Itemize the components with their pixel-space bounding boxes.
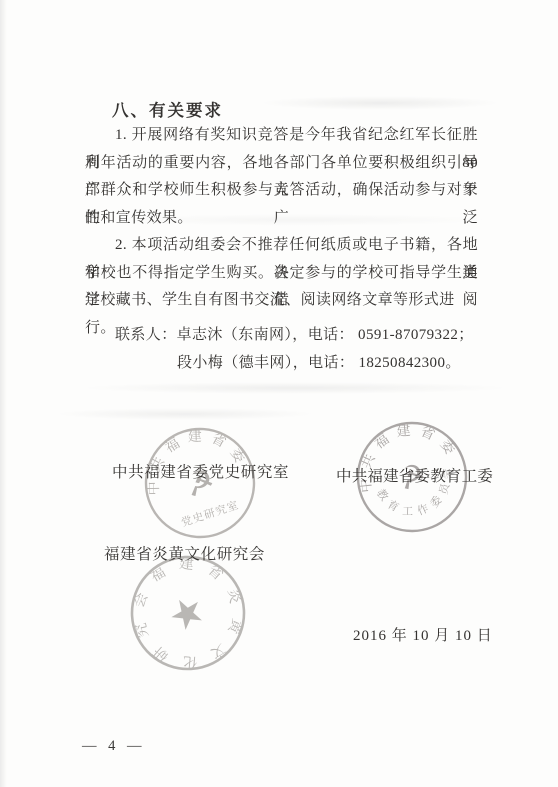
paragraph-line: 学校藏书、学生自有图书交流、阅读网络文章等形式进行。 — [85, 287, 478, 315]
signatory-party-history-office: 中共福建省委党史研究室 — [112, 460, 289, 482]
star-icon: ★ — [159, 585, 216, 643]
signatory-yanhuang-culture-society: 福建省炎黄文化研究会 — [104, 542, 265, 564]
paragraph-2: 2. 本项活动组委会不推荐任何纸质或电子书籍，各地和各类 学校也不得指定学生购买… — [85, 232, 478, 315]
contact-line-1: 联系人：卓志沐（东南网），电话： 0591-87079322； — [85, 322, 478, 350]
paragraph-1: 1. 开展网络有奖知识竞答是今年我省纪念红军长征胜利 80 周年活动的重要内容，… — [85, 122, 478, 232]
contact-block: 联系人：卓志沐（东南网），电话： 0591-87079322； 段小梅（德丰网）… — [85, 322, 478, 377]
paragraph-line: 2. 本项活动组委会不推荐任何纸质或电子书籍，各地和各类 — [85, 232, 478, 260]
signatory-education-work-committee: 中共福建省委教育工委 — [336, 464, 493, 486]
scanned-document-page: 八、有关要求 1. 开展网络有奖知识竞答是今年我省纪念红军长征胜利 80 周年活… — [0, 0, 558, 787]
paragraph-line: 周年活动的重要内容，各地各部门各单位要积极组织引导广大干 — [85, 150, 478, 178]
document-date: 2016 年 10 月 10 日 — [353, 624, 493, 645]
section-heading: 八、有关要求 — [112, 97, 223, 121]
paragraph-line: 学校也不得指定学生购买。决定参与的学校可指导学生通过借阅 — [85, 260, 478, 288]
contact-line-2: 段小梅（德丰网），电话： 18250842300。 — [85, 350, 478, 378]
paragraph-line: 1. 开展网络有奖知识竞答是今年我省纪念红军长征胜利 80 — [85, 122, 478, 150]
scan-noise-smudge — [260, 96, 500, 110]
paragraph-line: 部群众和学校师生积极参与竞答活动，确保活动参与对象的广泛 — [85, 177, 478, 205]
page-number: — 4 — — [82, 738, 146, 755]
official-seal-yanhuang-culture: 福建省炎黄文化研究会 ★ — [82, 507, 294, 719]
